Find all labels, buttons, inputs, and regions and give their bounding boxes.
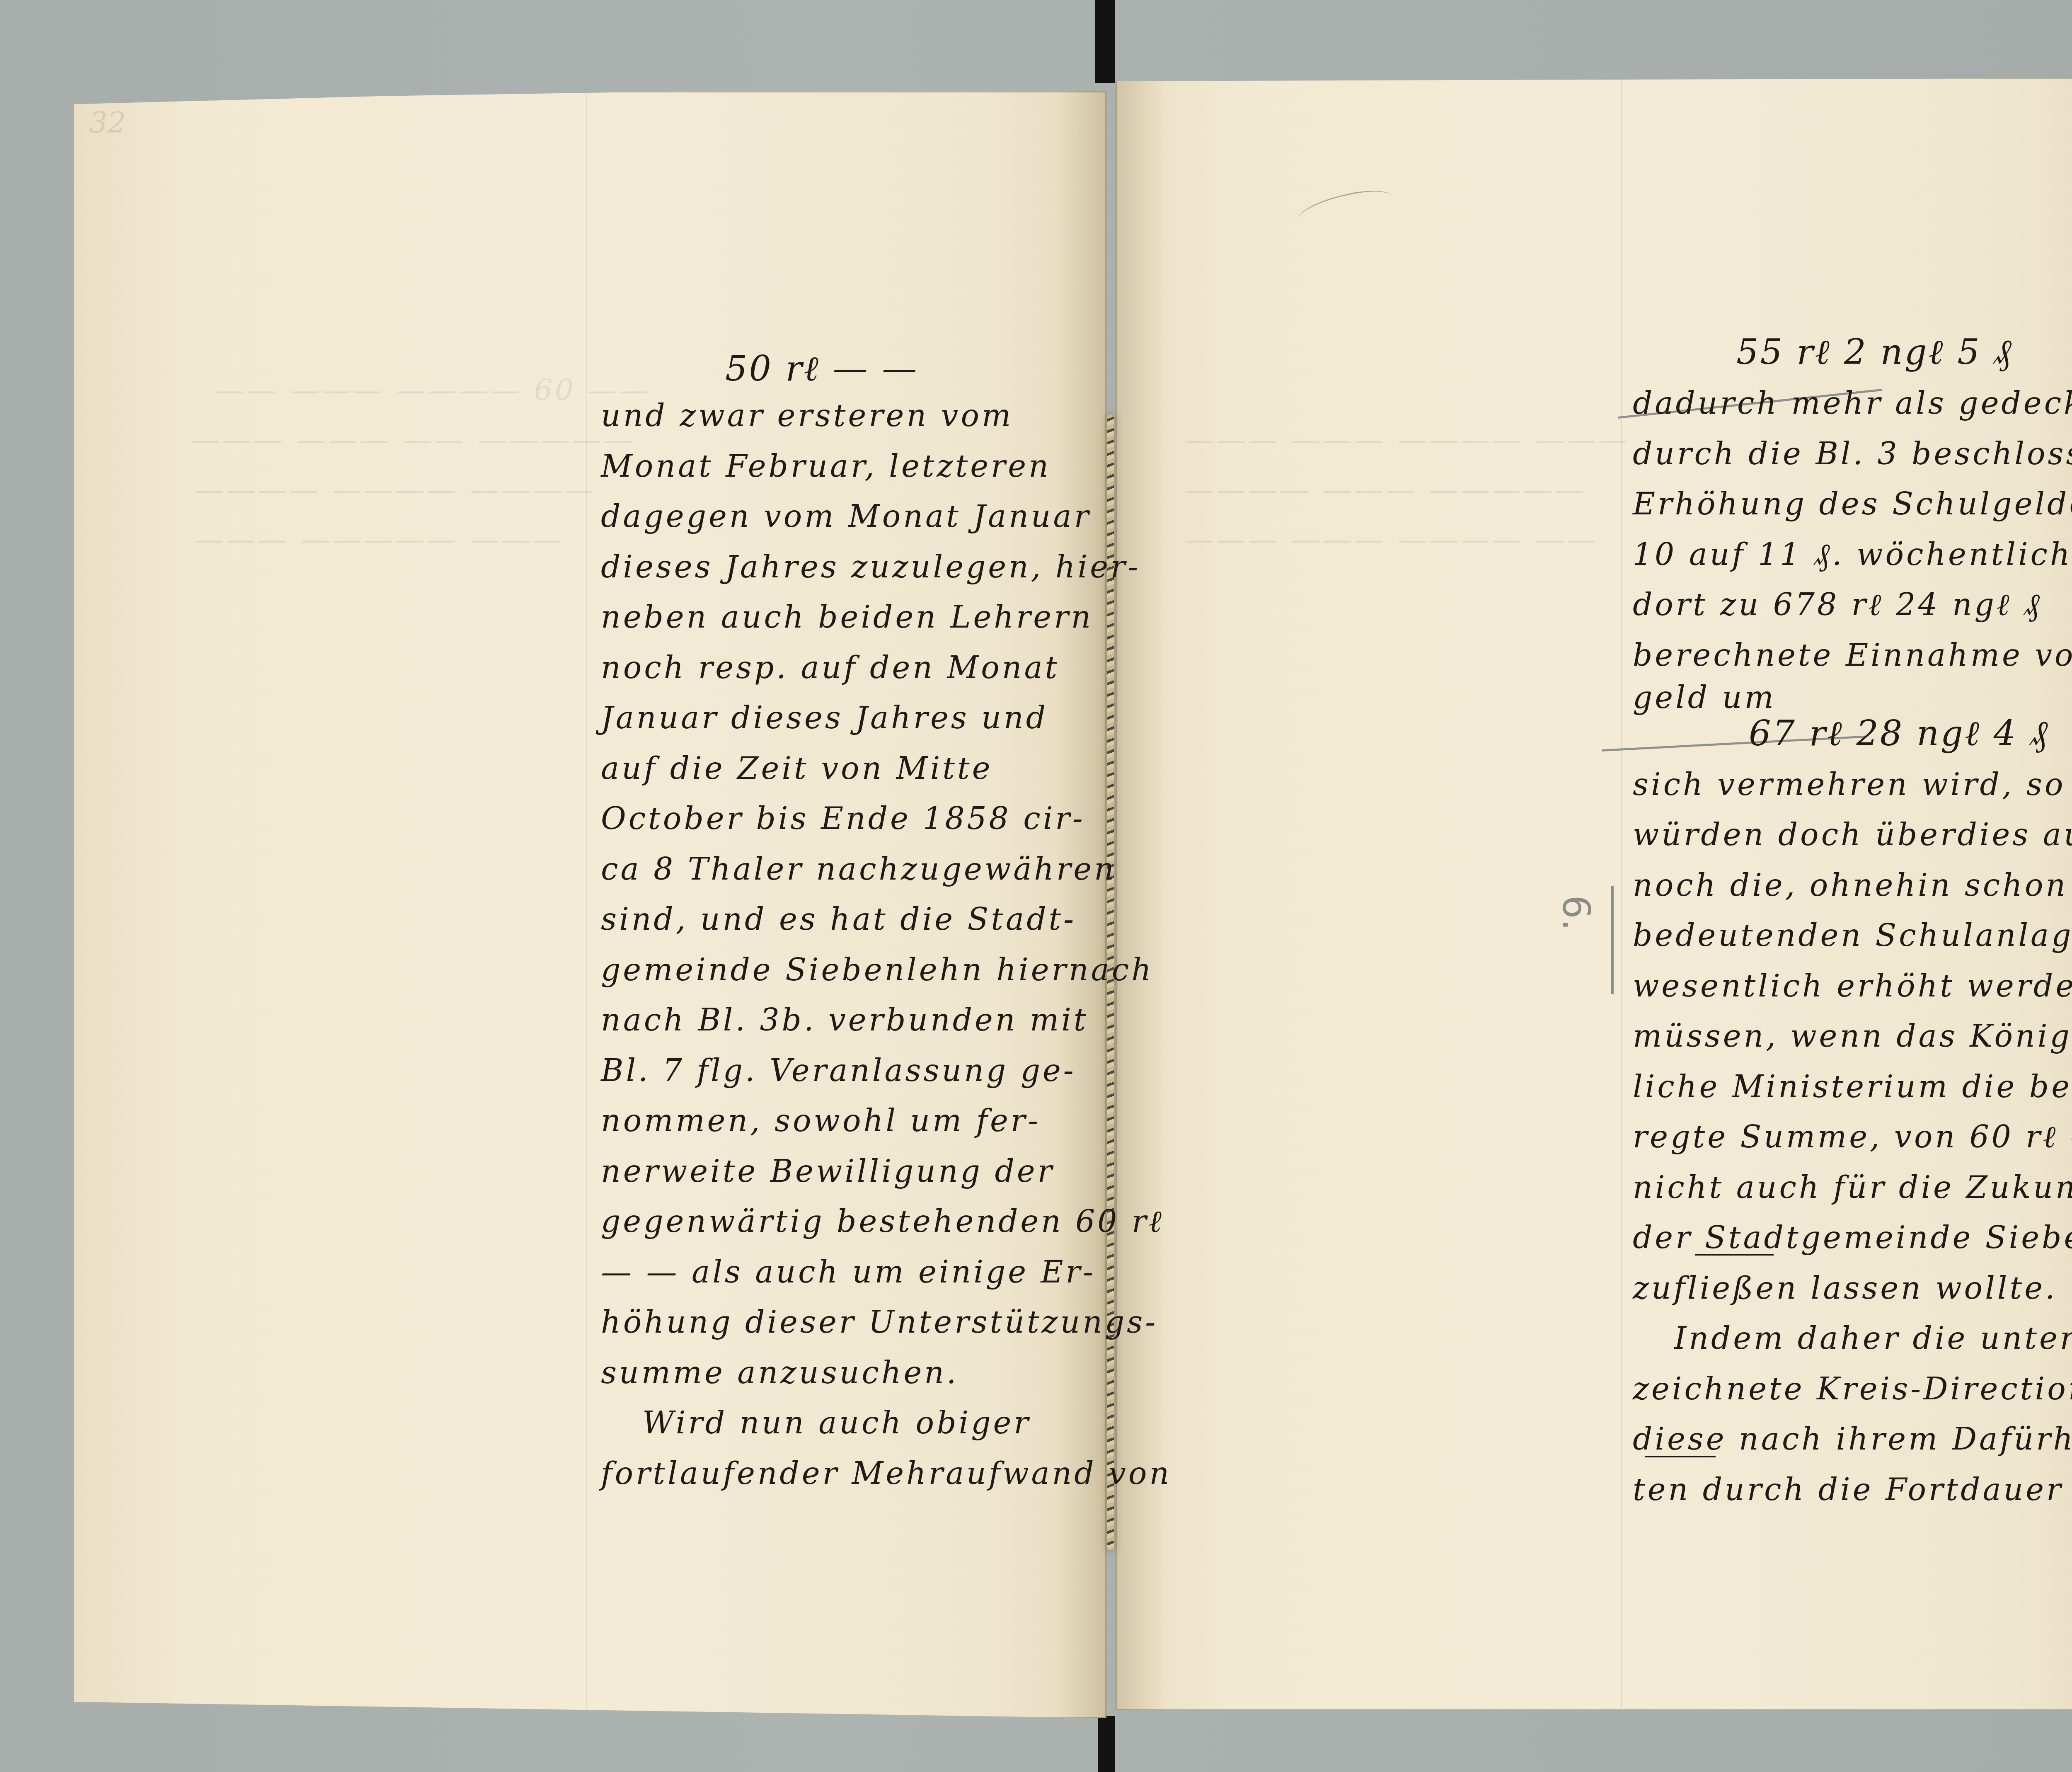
bleed-through-text: ———— ———— ———— xyxy=(195,473,596,507)
text-line: gegenwärtig bestehenden 60 rℓ xyxy=(601,1204,1164,1240)
text-line: summe anzusuchen. xyxy=(601,1355,959,1391)
text-line: und zwar ersteren vom xyxy=(601,398,1013,434)
text-line: October bis Ende 1858 cir- xyxy=(601,801,1085,836)
spine-gap-bottom xyxy=(1098,1716,1115,1772)
text-line: sind, und es hat die Stadt- xyxy=(601,902,1076,937)
text-line: berechnete Einnahme vom Schul- xyxy=(1633,638,2072,673)
text-line: geld um xyxy=(1633,680,1776,715)
text-line: gemeinde Siebenlehn hiernach xyxy=(601,952,1154,988)
second-amount: 67 rℓ 28 ngℓ 4 ₰ xyxy=(1749,713,2049,754)
text-line: Indem daher die unter- xyxy=(1674,1321,2072,1356)
text-line: auf die Zeit von Mitte xyxy=(601,751,992,786)
text-line: bedeutenden Schulanlagen noch xyxy=(1633,918,2072,953)
right-heading-amount: 55 rℓ 2 ngℓ 5 ₰ xyxy=(1736,332,2013,373)
text-line: dieses Jahres zuzulegen, hier- xyxy=(601,549,1140,585)
text-line: noch resp. auf den Monat xyxy=(601,650,1060,686)
text-line: neben auch beiden Lehrern xyxy=(601,599,1093,635)
text-line: höhung dieser Unterstützungs- xyxy=(601,1304,1158,1340)
text-line: dort zu 678 rℓ 24 ngℓ ₰ xyxy=(1633,587,2042,623)
paper-fold-line xyxy=(586,91,587,1718)
text-line: würden doch überdies auch xyxy=(1633,817,2072,853)
paper-fold-line xyxy=(1621,78,1622,1710)
text-line: sich vermehren wird, so xyxy=(1633,767,2066,802)
bleed-through-text: —— ——— ———— 60 —— xyxy=(215,373,651,407)
text-line: ca 8 Thaler nachzugewähren xyxy=(601,851,1116,887)
pencil-margin-bar xyxy=(1611,886,1614,994)
text-line: diese nach ihrem Dafürhal- xyxy=(1633,1421,2072,1457)
text-line: nach Bl. 3b. verbunden mit xyxy=(601,1002,1089,1038)
text-line: liche Ministerium die be- xyxy=(1633,1069,2072,1105)
text-line: — — als auch um einige Er- xyxy=(601,1254,1096,1290)
text-line: 10 auf 11 ₰. wöchentlich die xyxy=(1633,537,2072,573)
ink-underline-diese xyxy=(1645,1456,1716,1457)
text-line: wesentlich erhöht werden xyxy=(1633,968,2072,1004)
ink-underline-stadt xyxy=(1695,1254,1774,1256)
left-heading-amount: 50 rℓ — — xyxy=(725,348,918,389)
right-page-text: 55 rℓ 2 ngℓ 5 ₰ dadurch mehr als gedeckt… xyxy=(1633,0,2072,1772)
text-line: dadurch mehr als gedeckt, daß xyxy=(1633,385,2072,421)
bleed-through-text: ——— ——— ———— ——— xyxy=(1185,423,1630,457)
text-line: Bl. 7 flg. Veranlassung ge- xyxy=(601,1053,1076,1088)
left-page-text: 50 rℓ — — und zwar ersteren vom Monat Fe… xyxy=(601,0,1098,1772)
text-line: nerweite Bewilligung der xyxy=(601,1154,1055,1189)
text-line: zufließen lassen wollte. xyxy=(1633,1270,2057,1306)
text-line: Erhöhung des Schulgeldes von xyxy=(1633,486,2072,522)
text-line: dagegen vom Monat Januar xyxy=(601,499,1091,534)
bleed-through-text: ——— ————— ——— xyxy=(195,522,565,556)
text-line: Wird nun auch obiger xyxy=(642,1405,1031,1441)
ghost-page-number: 32 xyxy=(89,106,126,140)
text-line: nommen, sowohl um fer- xyxy=(601,1103,1041,1139)
text-line: zeichnete Kreis-Direction xyxy=(1633,1371,2072,1407)
text-line: durch die Bl. 3 beschlossene xyxy=(1633,436,2072,472)
bleed-through-text: ——— ——— —— ————— xyxy=(191,423,635,457)
text-line: nicht auch für die Zukunft xyxy=(1633,1170,2072,1205)
text-line: der Stadtgemeinde Siebenlehn xyxy=(1633,1220,2072,1256)
pencil-annotation: 6. xyxy=(1554,895,1598,931)
text-line: ten durch die Fortdauer der xyxy=(1633,1472,2072,1508)
text-line: Januar dieses Jahres und xyxy=(601,700,1048,736)
text-line: müssen, wenn das König- xyxy=(1633,1018,2072,1054)
text-line: Monat Februar, letzteren xyxy=(601,448,1051,484)
bleed-through-text: ——— ——— ———— —— xyxy=(1185,522,1598,556)
text-line: fortlaufender Mehraufwand von xyxy=(601,1456,1172,1491)
text-line: noch die, ohnehin schon sehr xyxy=(1633,868,2072,903)
bleed-through-text: ———— ——— ————— xyxy=(1185,473,1587,507)
text-line: regte Summe, von 60 rℓ — — xyxy=(1633,1119,2072,1155)
